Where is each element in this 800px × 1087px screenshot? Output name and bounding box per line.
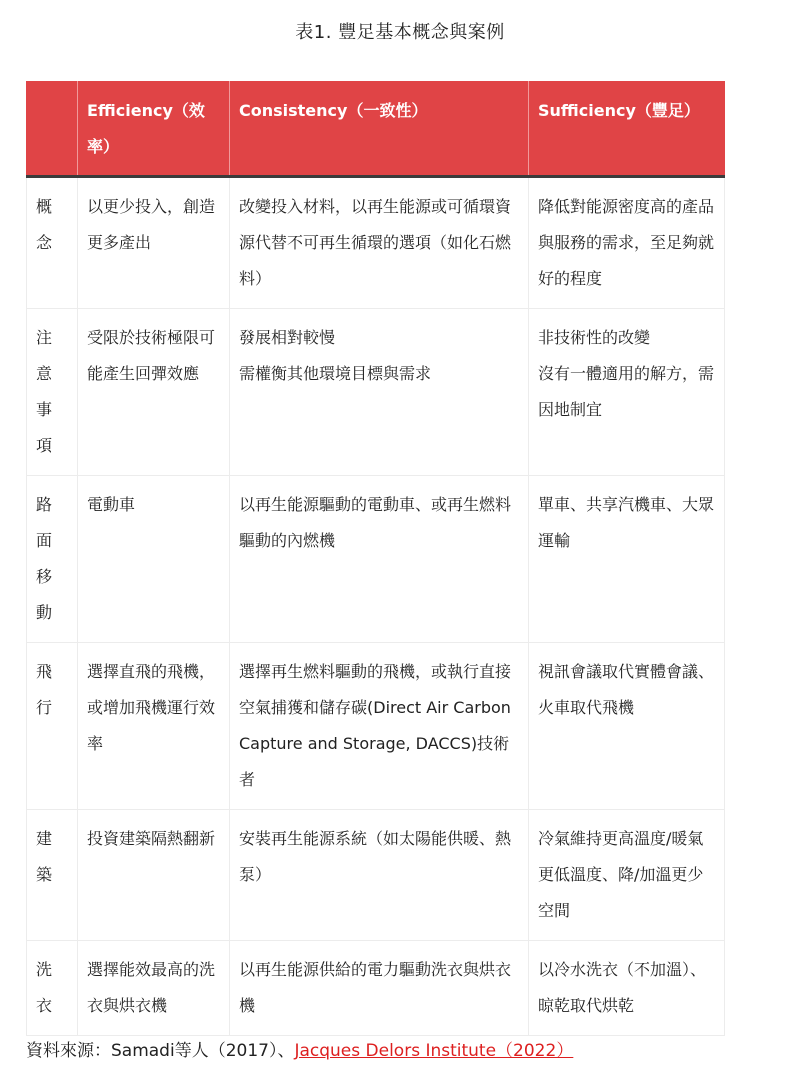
consistency-cell: 安裝再生能源系統（如太陽能供暖、熱泵）: [230, 810, 529, 941]
row-label-cell: 路面移動: [27, 476, 78, 643]
jacques-delors-institute-link[interactable]: Jacques Delors Institute（2022）: [294, 1041, 573, 1061]
source-citation: 資料來源：Samadi等人（2017）、Jacques Delors Insti…: [26, 1036, 573, 1061]
efficiency-cell: 選擇直飛的飛機，或增加飛機運行效率: [78, 643, 230, 810]
efficiency-cell: 電動車: [78, 476, 230, 643]
row-label: 飛行: [36, 654, 54, 726]
sufficiency-cell: 冷氣維持更高溫度/暖氣更低溫度、降/加溫更少空間: [529, 810, 725, 941]
row-label-cell: 概念: [27, 177, 78, 309]
sufficiency-concepts-table: Efficiency（效率） Consistency（一致性） Sufficie…: [26, 81, 725, 1036]
consistency-cell: 以再生能源驅動的電動車、或再生燃料驅動的內燃機: [230, 476, 529, 643]
consistency-cell: 改變投入材料，以再生能源或可循環資源代替不可再生循環的選項（如化石燃料）: [230, 177, 529, 309]
header-blank: [27, 81, 78, 177]
header-sufficiency: Sufficiency（豐足）: [529, 81, 725, 177]
efficiency-cell: 受限於技術極限可能產生回彈效應: [78, 309, 230, 476]
row-label: 注意事項: [36, 320, 54, 464]
row-label-cell: 飛行: [27, 643, 78, 810]
table-row: 建築 投資建築隔熱翻新 安裝再生能源系統（如太陽能供暖、熱泵） 冷氣維持更高溫度…: [27, 810, 725, 941]
header-efficiency: Efficiency（效率）: [78, 81, 230, 177]
row-label-cell: 建築: [27, 810, 78, 941]
sufficiency-cell: 非技術性的改變 沒有一體適用的解方，需因地制宜: [529, 309, 725, 476]
table-row: 概念 以更少投入，創造更多產出 改變投入材料，以再生能源或可循環資源代替不可再生…: [27, 177, 725, 309]
sufficiency-cell: 降低對能源密度高的產品與服務的需求，至足夠就好的程度: [529, 177, 725, 309]
row-label: 路面移動: [36, 487, 54, 631]
row-label: 洗衣: [36, 952, 54, 1024]
consistency-cell: 發展相對較慢 需權衡其他環境目標與需求: [230, 309, 529, 476]
table-row: 路面移動 電動車 以再生能源驅動的電動車、或再生燃料驅動的內燃機 單車、共享汽機…: [27, 476, 725, 643]
row-label: 建築: [36, 821, 54, 893]
efficiency-cell: 選擇能效最高的洗衣與烘衣機: [78, 941, 230, 1036]
consistency-cell: 以再生能源供給的電力驅動洗衣與烘衣機: [230, 941, 529, 1036]
table-row: 飛行 選擇直飛的飛機，或增加飛機運行效率 選擇再生燃料驅動的飛機，或執行直接空氣…: [27, 643, 725, 810]
source-prefix: 資料來源：Samadi等人（2017）、: [26, 1041, 294, 1061]
table-row: 注意事項 受限於技術極限可能產生回彈效應 發展相對較慢 需權衡其他環境目標與需求…: [27, 309, 725, 476]
sufficiency-cell: 以冷水洗衣（不加溫）、晾乾取代烘乾: [529, 941, 725, 1036]
efficiency-cell: 以更少投入，創造更多產出: [78, 177, 230, 309]
sufficiency-cell: 視訊會議取代實體會議、火車取代飛機: [529, 643, 725, 810]
header-consistency: Consistency（一致性）: [230, 81, 529, 177]
table-row: 洗衣 選擇能效最高的洗衣與烘衣機 以再生能源供給的電力驅動洗衣與烘衣機 以冷水洗…: [27, 941, 725, 1036]
table-header-row: Efficiency（效率） Consistency（一致性） Sufficie…: [27, 81, 725, 177]
row-label-cell: 注意事項: [27, 309, 78, 476]
consistency-cell: 選擇再生燃料驅動的飛機，或執行直接空氣捕獲和儲存碳(Direct Air Car…: [230, 643, 529, 810]
table-caption: 表1. 豐足基本概念與案例: [0, 18, 800, 44]
row-label-cell: 洗衣: [27, 941, 78, 1036]
row-label: 概念: [36, 189, 54, 261]
efficiency-cell: 投資建築隔熱翻新: [78, 810, 230, 941]
sufficiency-cell: 單車、共享汽機車、大眾運輸: [529, 476, 725, 643]
